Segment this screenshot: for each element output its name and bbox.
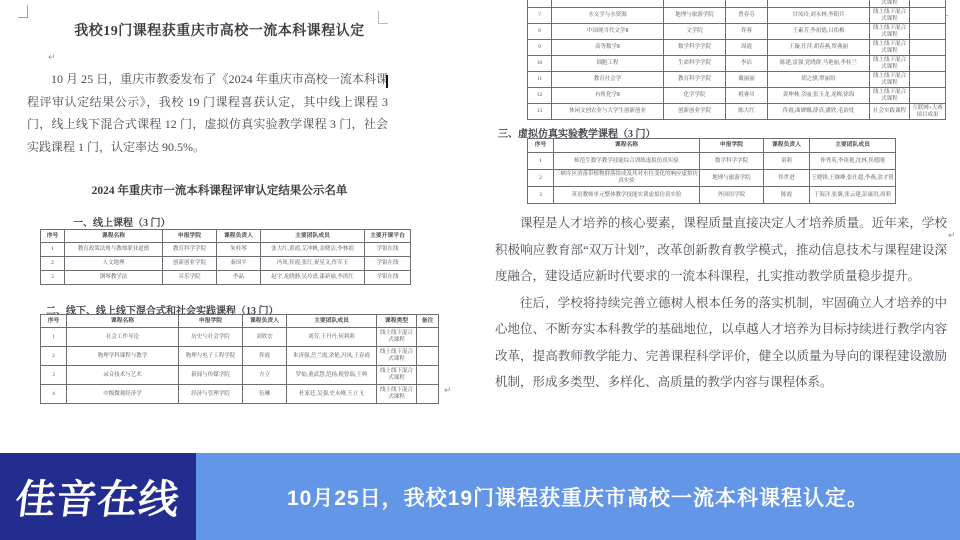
table-cell: 朱桂琴 [217,243,261,257]
paragraph-mark-icon: ↵ [48,52,56,63]
table-cell [910,56,946,72]
table-cell: 1 [41,328,67,347]
column-header: 课程名称 [67,315,179,328]
table-row: 2物理学科课程与教学物理与电子工程学院佟霞朱济强,岳兰霞,余艳,冯凤,王春霞线上… [41,347,439,366]
table-cell [417,385,439,404]
blended-courses-table-continued: 6线上线下混合式课程7水文学与水资源地理与旅游学院曾春芬甘凤玲,刘永林,李阳兵线… [527,0,946,120]
table1-heading: 一、线上课程（3 门） [73,214,171,229]
table-header-row: 序号课程名称申报学院课程负责人主要团队成员 [528,139,896,153]
table-row: 13休闲文创农业与大学生创新创业创新创业学院陈大红佟霞,曲婢娜,薛真,潘欣,毛治… [528,104,946,120]
column-header: 申报学院 [179,315,243,328]
table-cell: 线上线下混合式课程 [377,328,417,347]
table-cell: 童莉 [764,153,810,170]
column-header: 主要团队成员 [261,230,365,243]
table-cell: 4 [41,385,67,404]
table-cell: 教育政策法规与教师职业道德 [65,243,163,257]
column-header: 序号 [41,315,67,328]
table-cell: 李晶 [217,271,261,285]
table-cell: 方立 [243,366,287,385]
table-row: 3钢琴教学法音乐学院李晶赵宇,龙晓静,吴玲熹,漆新瑜,李洪红学银在线 [41,271,411,285]
table-row: 2人文地理创新创业学院秦国平冯凤,佟霞,张红,祝星文,佟军玉学银在线 [41,257,411,271]
table-cell: 线上线下混合式课程 [870,24,910,40]
table-cell: 地理与旅游学院 [664,8,726,24]
table-cell: 伍琳 [243,385,287,404]
table-row: 1师范生数学教学技能综合训练虚拟仿真实验数学科学学院童莉仲秀英,李祖艳,沈林,佟… [528,153,896,170]
table-cell: 陈建,雷强,党晓群,马艳丽,李桂兰 [768,56,870,72]
table-cell: 张大红,黄霞,艾冲帆,金晓洁,李林娟 [261,243,365,257]
table-row: 7水文学与水资源地理与旅游学院曾春芬甘凤玲,刘永林,李阳兵线上线下混合式课程 [528,8,946,24]
table-cell: 3 [41,271,65,285]
table-cell: 刘芳,王丹丹,何莉莉 [287,328,377,347]
virtual-simulation-courses-table: 序号课程名称申报学院课程负责人主要团队成员1师范生数学教学技能综合训练虚拟仿真实… [527,138,896,204]
table-cell: 线上线下混合式课程 [377,366,417,385]
news-headline-text: 10月25日，我校19门课程获重庆市高校一流本科课程认定。 [287,482,869,512]
table-header-row: 序号课程名称申报学院课程负责人主要团队成员主要开课平台 [41,230,411,243]
table-cell: 佟霞,曲婢娜,薛真,潘欣,毛治忱 [768,104,870,120]
table-cell: 赵宇,龙晓静,吴玲熹,漆新瑜,李洪红 [261,271,365,285]
table-cell: 社会实践课程 [870,104,910,120]
column-header: 备注 [417,315,439,328]
table-cell: 戴丽丽 [726,72,768,88]
table-cell: 线上线下混合式课程 [870,0,910,8]
table-cell [910,72,946,88]
column-header: 主要开课平台 [365,230,411,243]
table-cell: 12 [528,88,552,104]
table-cell: 王素芳,李祖德,吕佑梅 [768,24,870,40]
table-cell [552,0,664,8]
table-cell: 朱济强,岳兰霞,余艳,冯凤,王春霞 [287,347,377,366]
table-cell: 物理学科课程与教学 [67,347,179,366]
table-cell: 历史与社会学院 [179,328,243,347]
table-cell: 学银在线 [365,243,411,257]
column-header: 课程名称 [554,139,700,153]
column-header: 课程名称 [65,230,163,243]
table-header-row: 序号课程名称申报学院课程负责人主要团队成员课程类型备注 [41,315,439,328]
closing-paragraph-2: 往后，学校将持续完善立德树人根本任务的落实机制，牢固确立人才培养的中心地位、不断… [495,290,947,396]
table-cell [910,24,946,40]
table-row: 3英语教师单元整体教学技能实训虚拟仿真实验外国语学院陈霞于海洋,张翼,张云建,彭… [528,187,896,204]
document-page-1: 我校19门课程获重庆市高校一流本科课程认定 ↵ 10 月 25 日，重庆市教委发… [0,0,460,453]
table-row: 10细胞工程生命科学学院李洁陈建,雷强,党晓群,马艳丽,李桂兰线上线下混合式课程 [528,56,946,72]
closing-paragraph-1: 课程是人才培养的核心要素，课程质量直接决定人才培养质量。近年来，学校积极响应教育… [495,210,947,290]
news-logo-text: 佳音在线 [13,468,184,525]
table-cell: 3 [41,366,67,385]
table-row: 4中级微观经济学经济与管理学院伍琳杜家廷,吴强,史永峰,王立飞线上线下混合式课程 [41,385,439,404]
table-cell [910,8,946,24]
news-headline-bar: 10月25日，我校19门课程获重庆市高校一流本科课程认定。 [196,453,960,540]
table-cell: 文学院 [664,24,726,40]
table-cell: 教育社会学 [552,72,664,88]
table-cell: 线上线下混合式课程 [870,88,910,104]
table-cell: 线上线下混合式课程 [377,347,417,366]
table-cell: 冯凤,佟霞,张红,祝星文,佟军玉 [261,257,365,271]
table-cell: 互联网+大赛项目成果 [910,104,946,120]
table-cell: 线上线下混合式课程 [870,8,910,24]
table-cell: 曾春芬 [726,8,768,24]
table-row: 2三峡库区消落带植物群落组成及其对水位变化的响应虚拟仿真实验地理与旅游学院佟世进… [528,170,896,187]
table-cell: 数学科学学院 [700,153,764,170]
table-cell: 数学科学学院 [664,40,726,56]
table-cell: 刘欣宏 [243,328,287,347]
news-logo-box: 佳音在线 [0,453,196,540]
column-header: 序号 [41,230,65,243]
table-cell: 创新创业学院 [163,257,217,271]
table-cell: 录音技术与艺术 [67,366,179,385]
table-cell: 11 [528,72,552,88]
column-header: 主要团队成员 [287,315,377,328]
table-cell: 李洁 [726,56,768,72]
table-cell [417,347,439,366]
margin-crop-mark-top-left [18,5,28,18]
table-cell: 钢琴教学法 [65,271,163,285]
table-cell: 7 [528,8,552,24]
table-cell: 税睿川 [726,88,768,104]
table-cell: 1 [41,243,65,257]
table-cell: 中国现当代文学Ⅱ [552,24,664,40]
table-cell: 细胞工程 [552,56,664,72]
table-cell [417,328,439,347]
table-cell: 周霞 [726,40,768,56]
closing-paragraphs: 课程是人才培养的核心要素，课程质量直接决定人才培养质量。近年来，学校积极响应教育… [495,210,947,396]
table-cell: 罗灿,董武慧,范扬,税曾瑞,王典 [287,366,377,385]
table-cell [726,0,768,8]
paragraph-mark-icon: ↵ [444,385,452,396]
table-cell: 佟霞 [243,347,287,366]
table-cell: 9 [528,40,552,56]
table-cell: 教育科学学院 [664,72,726,88]
table-cell: 化学学院 [664,88,726,104]
table-row: 8中国现当代文学Ⅱ文学院佟蓉王素芳,李祖德,吕佑梅线上线下混合式课程 [528,24,946,40]
table-cell: 经济与管理学院 [179,385,243,404]
result-list-subtitle: 2024 年重庆市一流本科课程评审认定结果公示名单 [27,182,412,198]
online-courses-table: 序号课程名称申报学院课程负责人主要团队成员主要开课平台1教育政策法规与教师职业道… [40,229,411,285]
document-title: 我校19门课程获重庆市高校一流本科课程认定 [27,20,412,40]
table-cell: 胡之骐,覃丽纷 [768,72,870,88]
table-cell: 1 [528,153,554,170]
text-cursor-caret [386,75,388,88]
table-row: 12有机化学Ⅱ化学学院税睿川黄坤林,佘丽,张玉龙,龙梅,徐海线上线下混合式课程 [528,88,946,104]
blended-courses-table: 序号课程名称申报学院课程负责人主要团队成员课程类型备注1社会工作导论历史与社会学… [40,314,439,404]
table-cell: 8 [528,24,552,40]
table-cell: 佟蓉 [726,24,768,40]
column-header: 课程负责人 [217,230,261,243]
table-cell: 陈霞 [764,187,810,204]
table-row: 1社会工作导论历史与社会学院刘欣宏刘芳,王丹丹,何莉莉线上线下混合式课程 [41,328,439,347]
table-cell: 线上线下混合式课程 [870,40,910,56]
document-page-2: 6线上线下混合式课程7水文学与水资源地理与旅游学院曾春芬甘凤玲,刘永林,李阳兵线… [460,0,960,453]
column-header: 课程类型 [377,315,417,328]
table-cell [417,366,439,385]
paragraph-mark-icon: ↵ [948,230,956,241]
table-cell: 杜家廷,吴强,史永峰,王立飞 [287,385,377,404]
table-cell: 线上线下混合式课程 [377,385,417,404]
column-header: 主要团队成员 [810,139,896,153]
table-cell: 陈大红 [726,104,768,120]
column-header: 课程负责人 [243,315,287,328]
table-cell: 地理与旅游学院 [700,170,764,187]
table-row: 3录音技术与艺术新闻与传媒学院方立罗灿,董武慧,范扬,税曾瑞,王典线上线下混合式… [41,366,439,385]
table-cell [664,0,726,8]
table-cell: 秦国平 [217,257,261,271]
table-cell: 音乐学院 [163,271,217,285]
table-cell: 人文地理 [65,257,163,271]
table-cell: 教育科学学院 [163,243,217,257]
column-header: 序号 [528,139,554,153]
table-row: 9高等数学Ⅱ数学科学学院周霞王璇,任萍,胡春燕,覃燕丽线上线下混合式课程 [528,40,946,56]
table-cell: 10 [528,56,552,72]
table-cell: 线上线下混合式课程 [870,56,910,72]
table-cell: 甘凤玲,刘永林,李阳兵 [768,8,870,24]
table-cell: 外国语学院 [700,187,764,204]
table-cell: 3 [528,187,554,204]
table-cell: 2 [528,170,554,187]
table-cell: 创新创业学院 [664,104,726,120]
table-cell: 新闻与传媒学院 [179,366,243,385]
table-cell: 英语教师单元整体教学技能实训虚拟仿真实验 [554,187,700,204]
table-cell [910,88,946,104]
table-cell: 13 [528,104,552,120]
table-cell: 物理与电子工程学院 [179,347,243,366]
table-cell: 6 [528,0,552,8]
column-header: 课程负责人 [764,139,810,153]
table-cell: 佟世进 [764,170,810,187]
table-cell: 王晓锋,王继峰,张仕超,李燕,余才锐 [810,170,896,187]
table-cell: 社会工作导论 [67,328,179,347]
table-cell: 于海洋,张翼,张云建,彭康洪,周莉 [810,187,896,204]
table-cell: 师范生数学教学技能综合训练虚拟仿真实验 [554,153,700,170]
table-cell: 水文学与水资源 [552,8,664,24]
column-header: 申报学院 [700,139,764,153]
table-row: 11教育社会学教育科学学院戴丽丽胡之骐,覃丽纷线上线下混合式课程 [528,72,946,88]
table-cell [910,40,946,56]
table-cell: 线上线下混合式课程 [870,72,910,88]
table-cell: 有机化学Ⅱ [552,88,664,104]
table-cell: 黄坤林,佘丽,张玉龙,龙梅,徐海 [768,88,870,104]
table-row: 6线上线下混合式课程 [528,0,946,8]
table-cell: 2 [41,257,65,271]
table-cell: 学银在线 [365,257,411,271]
table-row: 1教育政策法规与教师职业道德教育科学学院朱桂琴张大红,黄霞,艾冲帆,金晓洁,李林… [41,243,411,257]
table-cell: 休闲文创农业与大学生创新创业 [552,104,664,120]
table-cell: 生命科学学院 [664,56,726,72]
table-cell: 王璇,任萍,胡春燕,覃燕丽 [768,40,870,56]
table-cell: 中级微观经济学 [67,385,179,404]
table-cell: 学银在线 [365,271,411,285]
table-cell: 三峡库区消落带植物群落组成及其对水位变化的响应虚拟仿真实验 [554,170,700,187]
table-cell: 高等数学Ⅱ [552,40,664,56]
table-cell: 仲秀英,李祖艳,沈林,佟德刚 [810,153,896,170]
table-cell [768,0,870,8]
table-cell [910,0,946,8]
table-cell: 2 [41,347,67,366]
column-header: 申报学院 [163,230,217,243]
intro-paragraph: 10 月 25 日，重庆市教委发布了《2024 年重庆市高校一流本科课程评审认定… [27,68,388,158]
